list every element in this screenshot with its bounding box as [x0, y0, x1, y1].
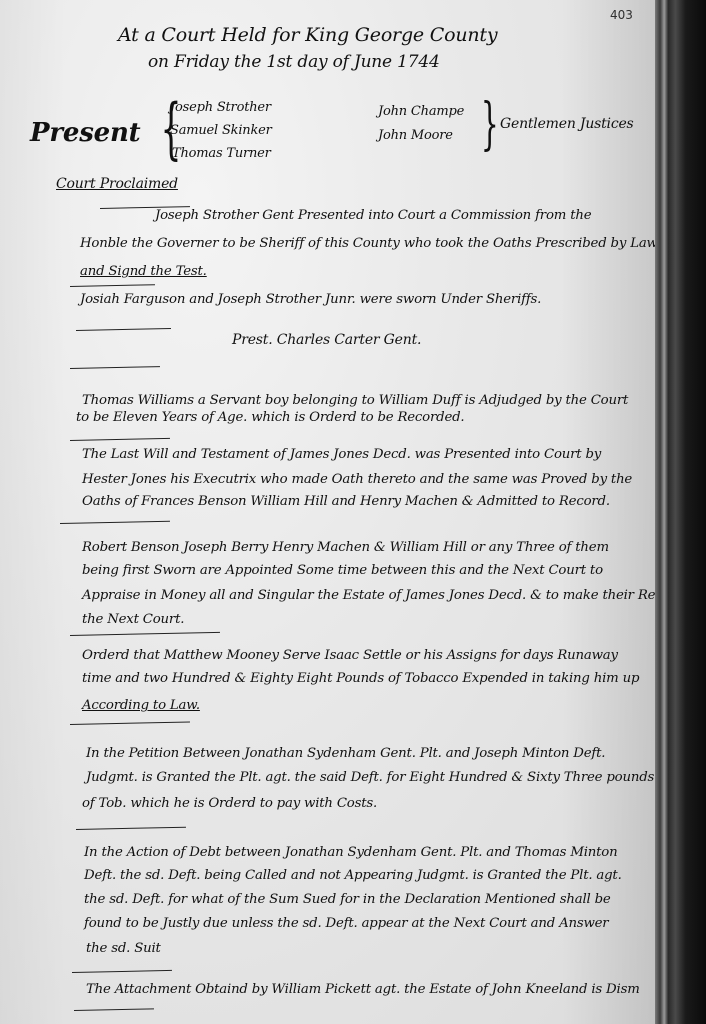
entry-6-line-1: Robert Benson Joseph Berry Henry Machen … — [82, 540, 609, 555]
divider — [70, 721, 190, 725]
justice-right-1: John Champe — [378, 104, 464, 119]
header-line-1: At a Court Held for King George County — [118, 24, 497, 46]
entry-7-line-1: Orderd that Matthew Mooney Serve Isaac S… — [82, 648, 618, 663]
manuscript-page: 403 At a Court Held for King George Coun… — [0, 0, 660, 1024]
divider — [60, 521, 170, 524]
divider — [76, 827, 186, 830]
entry-5-line-1: The Last Will and Testament of James Jon… — [82, 447, 601, 462]
entry-2-line-1: Josiah Farguson and Joseph Strother Junr… — [80, 292, 541, 307]
entry-9-line-3: the sd. Deft. for what of the Sum Sued f… — [84, 892, 611, 907]
divider — [72, 970, 172, 973]
divider — [70, 284, 155, 287]
divider — [76, 328, 171, 331]
entry-1-line-2: Honble the Governer to be Sheriff of thi… — [80, 236, 658, 251]
entry-9-line-5: the sd. Suit — [86, 941, 161, 956]
entry-5-line-3: Oaths of Frances Benson William Hill and… — [82, 494, 610, 509]
entry-9-line-1: In the Action of Debt between Jonathan S… — [84, 845, 617, 860]
court-proclaimed: Court Proclaimed — [56, 176, 178, 192]
entry-6-line-4: the Next Court. — [82, 612, 184, 627]
page-number: 403 — [610, 8, 633, 22]
entry-8-line-3: of Tob. which he is Orderd to pay with C… — [82, 796, 377, 811]
divider — [74, 1008, 154, 1011]
divider — [70, 438, 170, 441]
justice-left-2: Samuel Skinker — [170, 123, 272, 138]
entry-9-line-2: Deft. the sd. Deft. being Called and not… — [84, 868, 622, 883]
entry-1-line-3: and Signd the Test. — [80, 264, 207, 279]
divider — [70, 366, 160, 369]
justice-left-1: Joseph Strother — [170, 100, 271, 115]
entry-7-line-2: time and two Hundred & Eighty Eight Poun… — [82, 671, 639, 686]
entry-9-line-4: found to be Justly due unless the sd. De… — [84, 916, 608, 931]
entry-8-line-1: In the Petition Between Jonathan Sydenha… — [86, 746, 605, 761]
entry-5-line-2: Hester Jones his Executrix who made Oath… — [82, 472, 632, 487]
entry-10-line-1: The Attachment Obtaind by William Picket… — [86, 982, 640, 997]
book-binding-gutter — [655, 0, 706, 1024]
divider — [70, 632, 220, 636]
right-brace: } — [481, 92, 499, 157]
justice-right-2: John Moore — [378, 128, 453, 143]
presiding-heading: Prest. Charles Carter Gent. — [232, 332, 421, 348]
present-label: Present — [30, 118, 140, 148]
entry-4-line-2: to be Eleven Years of Age. which is Orde… — [76, 410, 464, 425]
entry-6-line-3: Appraise in Money all and Singular the E… — [82, 588, 660, 603]
entry-4-line-1: Thomas Williams a Servant boy belonging … — [82, 393, 628, 408]
entry-1-line-1: Joseph Strother Gent Presented into Cour… — [155, 208, 591, 223]
header-line-2: on Friday the 1st day of June 1744 — [148, 52, 440, 72]
entry-7-line-3: According to Law. — [82, 698, 200, 713]
justices-role: Gentlemen Justices — [500, 116, 634, 132]
justice-left-3: Thomas Turner — [172, 146, 271, 161]
entry-8-line-2: Judgmt. is Granted the Plt. agt. the sai… — [86, 770, 654, 785]
entry-6-line-2: being first Sworn are Appointed Some tim… — [82, 563, 603, 578]
